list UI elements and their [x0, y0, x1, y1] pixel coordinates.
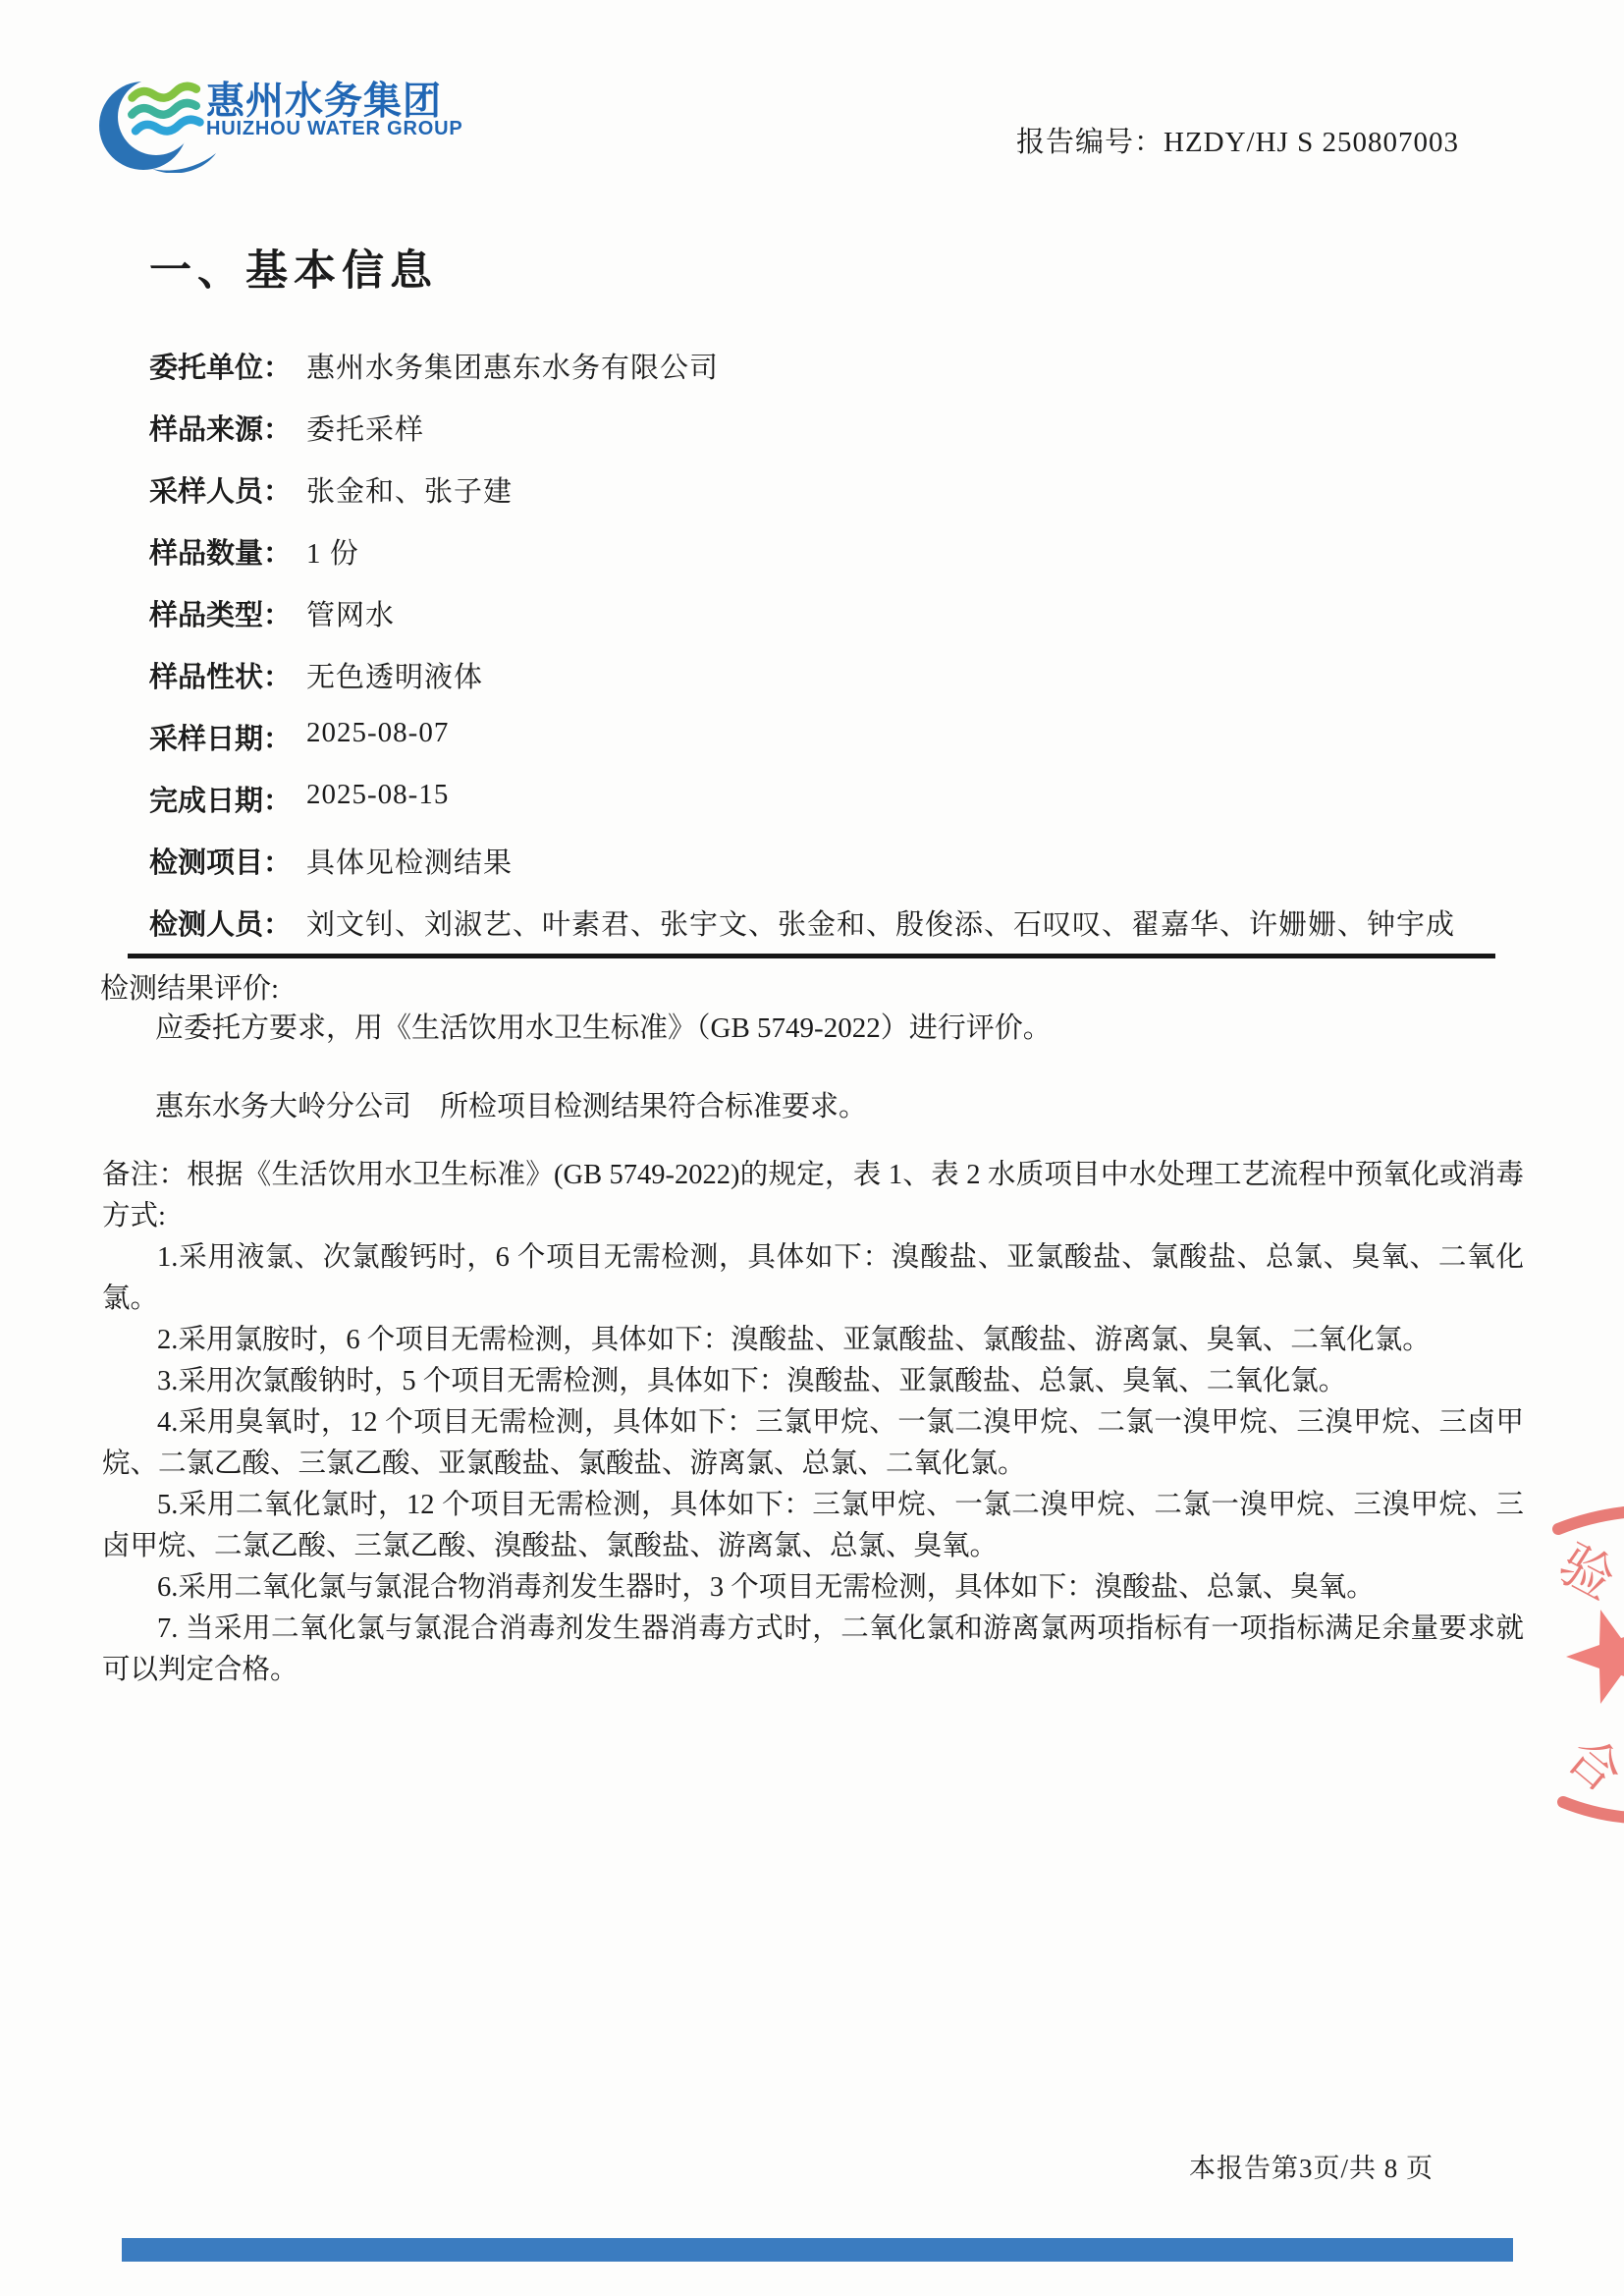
remarks-item-6: 6.采用二氧化氯与氯混合物消毒剂发生器时，3 个项目无需检测，具体如下：溴酸盐、…	[102, 1567, 1524, 1609]
field-value: 张金和、张子建	[306, 469, 513, 510]
field-value: 2025-08-07	[306, 717, 449, 749]
logo-name-en: HUIZHOU WATER GROUP	[206, 118, 463, 140]
remarks-intro: 备注：根据《生活饮用水卫生标准》(GB 5749-2022)的规定，表 1、表 …	[102, 1155, 1524, 1237]
report-number-value: HZDY/HJ S 250807003	[1164, 127, 1459, 158]
field-label: 完成日期：	[149, 779, 306, 819]
remarks-block: 备注：根据《生活饮用水卫生标准》(GB 5749-2022)的规定，表 1、表 …	[102, 1155, 1524, 1691]
field-value: 2025-08-15	[306, 779, 449, 811]
evaluation-conclusion: 惠东水务大岭分公司 所检项目检测结果符合标准要求。	[155, 1084, 867, 1124]
remarks-item-3: 3.采用次氯酸钠时，5 个项目无需检测，具体如下：溴酸盐、亚氯酸盐、总氯、臭氧、…	[102, 1361, 1524, 1402]
report-page: 惠州水务集团 HUIZHOU WATER GROUP 报告编号：HZDY/HJ …	[0, 0, 1624, 2296]
field-label: 检测项目：	[149, 841, 306, 881]
remarks-item-2: 2.采用氯胺时，6 个项目无需检测，具体如下：溴酸盐、亚氯酸盐、氯酸盐、游离氯、…	[102, 1320, 1524, 1361]
report-number: 报告编号：HZDY/HJ S 250807003	[1016, 120, 1459, 160]
remarks-item-5: 5.采用二氧化氯时，12 个项目无需检测，具体如下：三氯甲烷、一氯二溴甲烷、二氯…	[102, 1485, 1524, 1567]
field-value: 1 份	[306, 531, 359, 572]
info-row-sample-source: 样品来源： 委托采样	[149, 408, 1516, 469]
info-row-samplers: 采样人员： 张金和、张子建	[149, 469, 1516, 531]
field-value: 管网水	[306, 593, 395, 633]
section-title-basic-info: 一、基本信息	[149, 238, 438, 298]
remarks-item-7: 7. 当采用二氧化氯与氯混合消毒剂发生器消毒方式时，二氧化氯和游离氯两项指标有一…	[102, 1609, 1524, 1691]
report-number-label: 报告编号：	[1016, 127, 1164, 158]
field-label: 样品来源：	[149, 408, 306, 448]
field-value: 具体见检测结果	[306, 841, 513, 881]
remarks-item-1: 1.采用液氯、次氯酸钙时，6 个项目无需检测，具体如下：溴酸盐、亚氯酸盐、氯酸盐…	[102, 1237, 1524, 1320]
info-row-sample-type: 样品类型： 管网水	[149, 593, 1516, 655]
company-logo: 惠州水务集团 HUIZHOU WATER GROUP	[96, 59, 568, 177]
svg-text:验: 验	[1549, 1534, 1624, 1611]
field-label: 样品数量：	[149, 531, 306, 572]
field-label: 样品性状：	[149, 655, 306, 695]
info-row-completion-date: 完成日期： 2025-08-15	[149, 779, 1516, 841]
field-value: 刘文钊、刘淑艺、叶素君、张宇文、张金和、殷俊添、石叹叹、翟嘉华、许姗姗、钟宇成	[306, 902, 1455, 943]
field-value: 无色透明液体	[306, 655, 483, 695]
info-row-test-items: 检测项目： 具体见检测结果	[149, 841, 1516, 902]
info-row-sampling-date: 采样日期： 2025-08-07	[149, 717, 1516, 779]
basic-info-form: 委托单位： 惠州水务集团惠东水务有限公司 样品来源： 委托采样 采样人员： 张金…	[149, 346, 1516, 964]
field-label: 委托单位：	[149, 346, 306, 386]
info-row-sample-appearance: 样品性状： 无色透明液体	[149, 655, 1516, 717]
section-divider-rule	[128, 954, 1495, 958]
page-number: 本报告第3页/共 8 页	[1189, 2147, 1434, 2185]
info-row-sample-count: 样品数量： 1 份	[149, 531, 1516, 593]
evaluation-basis: 应委托方要求，用《生活饮用水卫生标准》（GB 5749-2022）进行评价。	[155, 1006, 1052, 1046]
field-value: 委托采样	[306, 408, 424, 448]
field-label: 采样日期：	[149, 717, 306, 757]
field-label: 检测人员：	[149, 902, 306, 943]
svg-text:合: 合	[1556, 1728, 1624, 1804]
remarks-item-4: 4.采用臭氧时，12 个项目无需检测，具体如下：三氯甲烷、一氯二溴甲烷、二氯一溴…	[102, 1402, 1524, 1485]
info-row-client: 委托单位： 惠州水务集团惠东水务有限公司	[149, 346, 1516, 408]
field-label: 样品类型：	[149, 593, 306, 633]
field-value: 惠州水务集团惠东水务有限公司	[306, 346, 719, 386]
evaluation-heading: 检测结果评价:	[100, 966, 279, 1007]
red-seal-stamp-icon: 验 合	[1509, 1478, 1624, 1851]
field-label: 采样人员：	[149, 469, 306, 510]
bottom-blue-bar	[122, 2238, 1513, 2262]
